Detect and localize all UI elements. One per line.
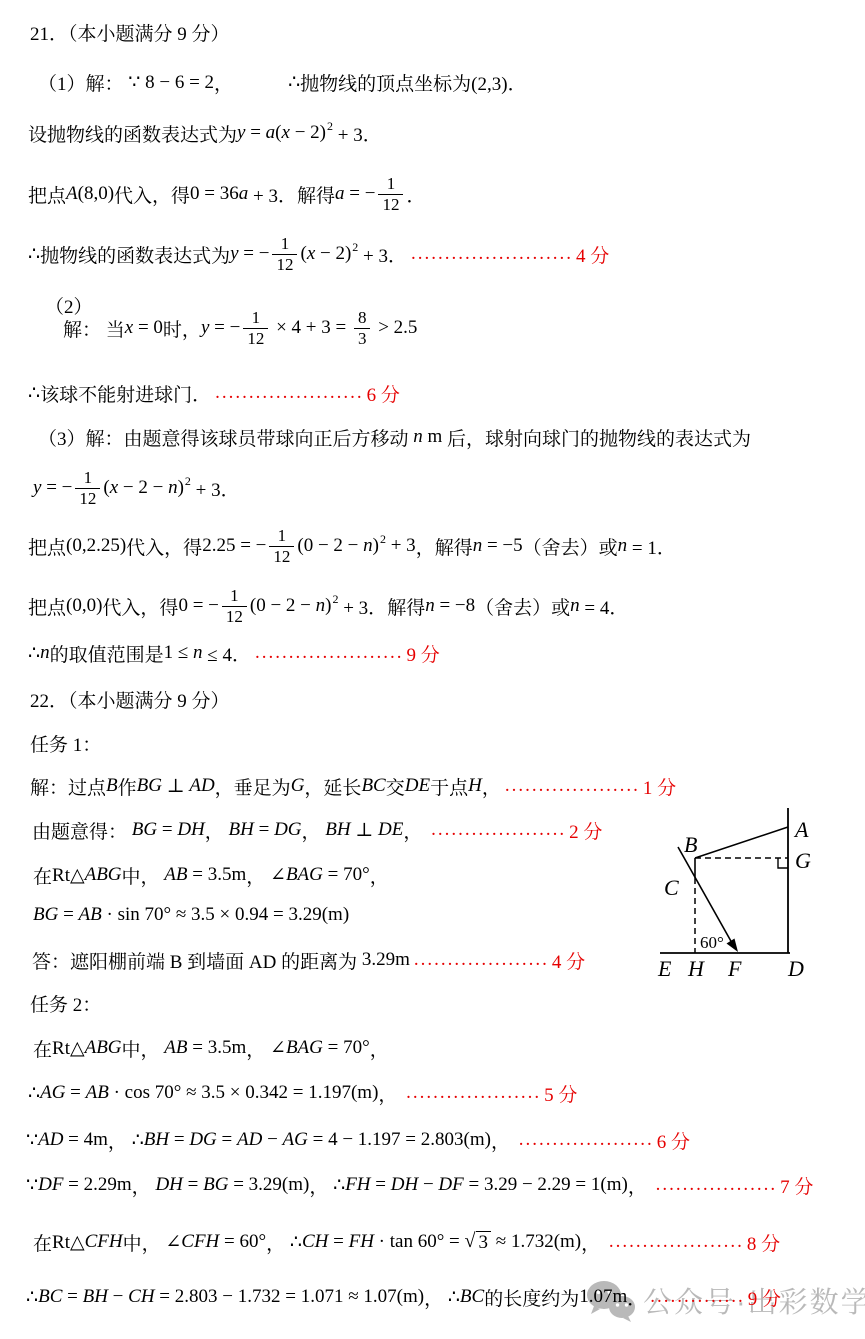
q21-substitute-a: 把点A(8,0)代入，得0 = 36a + 3．解得a = −112． xyxy=(28,170,425,218)
text-run: ， xyxy=(309,1172,333,1199)
sun-ray-line xyxy=(678,847,732,943)
fraction-denominator: 12 xyxy=(75,488,100,508)
dots-leader: .................... xyxy=(406,1082,541,1104)
text-run: 代入，得 xyxy=(102,593,178,620)
math-variable: BC xyxy=(460,1286,484,1308)
q22-task2-answer: ∴BC = BH − CH = 2.803 − 1.732 = 1.071 ≈ … xyxy=(26,1282,781,1312)
math-variable: B xyxy=(106,775,118,797)
math-text: = 1． xyxy=(627,533,676,560)
q22-header: 22．（本小题满分 9 分） xyxy=(30,684,230,714)
math-text: = 2.803 − 1.732 = 1.071 ≈ 1.07(m) xyxy=(155,1286,425,1308)
math-variable: DE xyxy=(378,819,403,841)
score-label: 2 分 xyxy=(569,817,602,844)
sun-ray-arrowhead xyxy=(727,939,739,953)
text-run: 中， xyxy=(122,862,165,889)
math-text: 3.29m xyxy=(362,949,410,971)
text-run: 由题意得： xyxy=(32,817,132,844)
math-text: = xyxy=(183,1174,203,1196)
text-run: 答：遮阳棚前端 B 到墙面 AD 的距离为 xyxy=(32,947,362,974)
text-run: 的长度约为 xyxy=(484,1284,579,1311)
text-run: 中， xyxy=(123,1229,166,1256)
math-text: ≈ 1.732(m) xyxy=(491,1231,581,1253)
math-text: ∵ xyxy=(26,1174,38,1197)
radicand: 3 xyxy=(476,1231,492,1254)
math-variable: DE xyxy=(405,775,430,797)
math-text: · cos 70° ≈ 3.5 × 0.342 = 1.197(m) xyxy=(109,1082,379,1104)
line-BA xyxy=(695,827,788,858)
math-text: = − xyxy=(239,243,270,265)
text-run: ， xyxy=(214,69,233,96)
q21-setup: 设抛物线的函数表达式为y = a(x − 2)2 + 3． xyxy=(28,118,382,148)
math-variable: DH xyxy=(155,1174,182,1196)
text-run: ， xyxy=(246,862,270,889)
math-variable: x xyxy=(110,477,118,499)
math-text: = 60° xyxy=(219,1231,266,1253)
math-text: − xyxy=(418,1174,438,1196)
score-label: 5 分 xyxy=(544,1080,577,1107)
text-run: ，解得 xyxy=(416,533,473,560)
q22-task2-ch: 在Rt△CFH中， ∠CFH = 60°， ∴CH = FH · tan 60°… xyxy=(33,1227,780,1257)
math-text: = 4m xyxy=(63,1129,108,1151)
math-variable: FH xyxy=(345,1174,370,1196)
text-run: （1）解： xyxy=(38,69,128,96)
fraction-numerator: 1 xyxy=(383,175,400,194)
fraction-numerator: 1 xyxy=(80,469,97,488)
math-variable: y xyxy=(230,243,238,265)
math-text: = xyxy=(245,122,265,144)
text-run: 交 xyxy=(386,773,405,800)
math-variable: BG xyxy=(203,1174,228,1196)
text-run: 抛物线的函数表达式为 xyxy=(40,241,230,268)
math-text: ∴ xyxy=(290,1231,302,1254)
q21-part1: （1）解： ∵ 8 − 6 = 2，∴抛物线的顶点坐标为(2,3)． xyxy=(38,67,527,97)
label-F: F xyxy=(727,956,742,981)
math-text: = 70° xyxy=(323,864,370,886)
text-run: 任务 1： xyxy=(30,730,101,757)
math-text: = xyxy=(65,1082,85,1104)
dots-leader: .................... xyxy=(414,949,549,971)
math-text: ∠ xyxy=(270,864,286,887)
math-variable: AG xyxy=(283,1129,308,1151)
math-variable: x xyxy=(282,122,290,144)
math-text: 0 = − xyxy=(178,595,218,617)
text-run: 解得 xyxy=(297,181,335,208)
superscript: 2 xyxy=(380,532,386,547)
math-variable: a xyxy=(335,183,345,205)
text-run: 代入，得 xyxy=(114,181,190,208)
q22-task2-fh: ∵DF = 2.29m， DH = BG = 3.29(m)， ∴FH = DH… xyxy=(26,1170,813,1200)
math-variable: x xyxy=(125,317,133,339)
q22-task1-answer: 答：遮阳棚前端 B 到墙面 AD 的距离为 3.29m.............… xyxy=(32,945,585,975)
text-run: 抛物线的顶点坐标为 xyxy=(300,69,471,96)
angle-label-60: 60° xyxy=(700,933,724,952)
math-text: = 4． xyxy=(580,593,629,620)
text-run: ，垂足为 xyxy=(215,773,291,800)
math-text: − 2 − xyxy=(118,477,168,499)
superscript: 2 xyxy=(332,592,338,607)
superscript: 2 xyxy=(352,240,358,255)
math-text: Rt△ xyxy=(52,1231,85,1254)
dots-leader: .................. xyxy=(656,1174,778,1196)
dots-leader: .................... xyxy=(609,1231,744,1253)
math-text: × 4 + 3 = xyxy=(271,317,351,339)
text-run: （舍去）或 xyxy=(523,533,618,560)
label-E: E xyxy=(657,956,672,981)
math-variable: n xyxy=(473,535,483,557)
q21-part3-intro: （3）解：由题意得该球员带球向正后方移动 n m 后，球射向球门的抛物线的表达式… xyxy=(38,422,751,452)
math-text: = −8 xyxy=(435,595,475,617)
math-variable: BAG xyxy=(286,1037,323,1059)
math-text: ∴ xyxy=(28,642,40,665)
math-text: · sin 70° ≈ 3.5 × 0.94 = 3.29(m) xyxy=(102,904,349,926)
dots-leader: .............. xyxy=(650,1286,745,1308)
text-run: 该球不能射进球门． xyxy=(40,380,211,407)
math-text: ∠ xyxy=(165,1231,181,1254)
math-variable: AG xyxy=(40,1082,65,1104)
fraction-denominator: 12 xyxy=(222,606,247,626)
text-run: 设抛物线的函数表达式为 xyxy=(28,120,237,147)
math-text: = 3.29(m) xyxy=(228,1174,309,1196)
geometry-diagram: A G B C E H F D 60° xyxy=(650,800,865,990)
math-text: ) xyxy=(373,535,379,557)
text-run: ， xyxy=(370,862,389,889)
text-run: ， xyxy=(628,1172,652,1199)
q22-task2-label: 任务 2： xyxy=(30,988,101,1018)
fraction: 112 xyxy=(269,527,294,566)
text-run: 代入，得 xyxy=(126,533,202,560)
math-text: ∴ xyxy=(288,71,300,94)
text-run: ， xyxy=(132,1172,156,1199)
math-variable: H xyxy=(468,775,482,797)
math-variable: y xyxy=(33,477,41,499)
math-variable: n xyxy=(413,426,423,448)
label-C: C xyxy=(664,875,679,900)
math-text: 1 ≤ xyxy=(164,642,193,664)
text-run: 在 xyxy=(33,1035,52,1062)
fraction: 112 xyxy=(243,309,268,348)
math-text: = xyxy=(217,1129,237,1151)
math-text: = 3.5m xyxy=(188,1037,247,1059)
math-text: 0 = 36 xyxy=(190,183,239,205)
math-variable: A xyxy=(66,183,78,205)
math-variable: BH xyxy=(229,819,254,841)
text-run: ， xyxy=(205,817,229,844)
fraction-denominator: 12 xyxy=(243,328,268,348)
text-run: 解得 xyxy=(387,593,425,620)
math-variable: AB xyxy=(164,864,187,886)
math-text: ∠ xyxy=(270,1037,286,1060)
score-label: 6 分 xyxy=(367,380,400,407)
math-text: (0 − 2 − xyxy=(297,535,363,557)
fraction-numerator: 8 xyxy=(354,309,371,328)
math-text: (2,3)． xyxy=(471,69,526,96)
math-variable: CFH xyxy=(85,1231,123,1253)
superscript: 2 xyxy=(327,119,333,134)
q22-task1-triangle: 在Rt△ABG中， AB = 3.5m， ∠BAG = 70°， xyxy=(33,860,389,890)
text-run: 21．（本小题满分 9 分） xyxy=(30,19,230,46)
math-variable: n xyxy=(618,535,628,557)
math-variable: ABG xyxy=(85,1037,122,1059)
q21-part3-answer: ∴n的取值范围是1 ≤ n ≤ 4．......................… xyxy=(28,638,440,668)
text-run: ， xyxy=(491,1127,515,1154)
text-run: ， xyxy=(378,1080,402,1107)
text-run: （3）解：由题意得该球员带球向正后方移动 xyxy=(38,424,413,451)
math-text: + 3． xyxy=(248,181,297,208)
fraction: 83 xyxy=(354,309,371,348)
math-text: = xyxy=(328,1231,348,1253)
fraction-denominator: 12 xyxy=(272,254,297,274)
math-text: = 3.29 − 2.29 = 1(m) xyxy=(464,1174,628,1196)
text-run: 后，球射向球门的抛物线的表达式为 xyxy=(447,424,751,451)
label-H: H xyxy=(687,956,705,981)
math-text: ∴ xyxy=(333,1174,345,1197)
math-text: 1.07m xyxy=(579,1286,627,1308)
fraction: 112 xyxy=(75,469,100,508)
math-text: = xyxy=(254,819,274,841)
math-variable: BC xyxy=(361,775,385,797)
math-variable: BG xyxy=(132,819,157,841)
label-A: A xyxy=(793,817,809,842)
q21-part2-solve: 解： 当x = 0时，y = −112 × 4 + 3 = 83 > 2.5 xyxy=(63,304,417,352)
math-text: = − xyxy=(41,477,72,499)
math-text: m xyxy=(423,426,447,448)
q22-task1-label: 任务 1： xyxy=(30,728,101,758)
math-variable: DG xyxy=(189,1129,216,1151)
text-run: 作 xyxy=(118,773,137,800)
text-run: 解：过点 xyxy=(30,773,106,800)
math-text: = − xyxy=(209,317,240,339)
text-run: 任务 2： xyxy=(30,990,101,1017)
math-variable: y xyxy=(201,317,209,339)
label-G: G xyxy=(795,848,811,873)
math-variable: AB xyxy=(86,1082,109,1104)
math-text: = 70° xyxy=(323,1037,370,1059)
math-variable: DF xyxy=(438,1174,463,1196)
math-text: ⊥ xyxy=(162,775,189,798)
math-text: 2.25 = − xyxy=(202,535,266,557)
math-variable: BG xyxy=(33,904,58,926)
math-text: ∴ xyxy=(28,243,40,266)
math-text: = xyxy=(169,1129,189,1151)
fraction-numerator: 1 xyxy=(274,527,291,546)
q21-part3-sub1: 把点(0,2.25)代入，得2.25 = −112(0 − 2 − n)2 + … xyxy=(28,522,676,570)
text-run: （舍去）或 xyxy=(475,593,570,620)
math-variable: FH xyxy=(349,1231,374,1253)
math-text: = −5 xyxy=(482,535,522,557)
answer-sheet-page: 21．（本小题满分 9 分）（1）解： ∵ 8 − 6 = 2，∴抛物线的顶点坐… xyxy=(0,0,865,1339)
score-label: 7 分 xyxy=(780,1172,813,1199)
math-variable: BAG xyxy=(286,864,323,886)
math-text: > 2.5 xyxy=(373,317,417,339)
score-label: 1 分 xyxy=(643,773,676,800)
math-variable: a xyxy=(266,122,276,144)
math-text: = xyxy=(371,1174,391,1196)
dots-leader: ...................... xyxy=(255,642,404,664)
math-text: ) xyxy=(325,595,331,617)
math-variable: AB xyxy=(164,1037,187,1059)
math-variable: x xyxy=(307,243,315,265)
math-text: ⊥ xyxy=(351,819,378,842)
text-run: ，延长 xyxy=(304,773,361,800)
math-variable: DF xyxy=(38,1174,63,1196)
math-variable: AD xyxy=(38,1129,63,1151)
math-text: = 3.5m xyxy=(188,864,247,886)
math-variable: n xyxy=(570,595,580,617)
text-run: 于点 xyxy=(430,773,468,800)
math-variable: DH xyxy=(391,1174,418,1196)
math-variable: ABG xyxy=(85,864,122,886)
math-variable: BC xyxy=(38,1286,62,1308)
math-text: (0 − 2 − xyxy=(250,595,316,617)
math-text: + 3． xyxy=(338,593,387,620)
text-run: 把点 xyxy=(28,181,66,208)
math-text: ) xyxy=(178,477,184,499)
math-variable: n xyxy=(193,642,203,664)
q22-task2-ag: ∴AG = AB · cos 70° ≈ 3.5 × 0.342 = 1.197… xyxy=(28,1078,577,1108)
text-run: ， xyxy=(424,1284,448,1311)
math-text: = 4 − 1.197 = 2.803(m) xyxy=(308,1129,491,1151)
math-text: ∴ xyxy=(28,382,40,405)
text-run: ， xyxy=(370,1035,389,1062)
math-variable: CH xyxy=(302,1231,328,1253)
dots-leader: .................... xyxy=(519,1129,654,1151)
math-text: + 3 xyxy=(386,535,416,557)
q21-expression: ∴抛物线的函数表达式为y = −112(x − 2)2 + 3．........… xyxy=(28,230,609,278)
radical-sign: √ xyxy=(465,1231,476,1251)
text-run: ， xyxy=(108,1127,132,1154)
math-text: = xyxy=(157,819,177,841)
math-text: + 3． xyxy=(333,120,382,147)
dots-leader: .................... xyxy=(505,775,640,797)
math-text: = − xyxy=(345,183,376,205)
math-text: (0,0) xyxy=(66,595,102,617)
math-variable: a xyxy=(239,183,249,205)
math-text: = xyxy=(62,1286,82,1308)
math-text: = 2.29m xyxy=(63,1174,131,1196)
math-text: + 3． xyxy=(358,241,407,268)
math-variable: n xyxy=(316,595,326,617)
text-run: 在 xyxy=(33,862,52,889)
math-text: (0,2.25) xyxy=(66,535,126,557)
q21-part2-answer: ∴该球不能射进球门．......................6 分 xyxy=(28,378,400,408)
text-run: ， xyxy=(581,1229,605,1256)
math-variable: BH xyxy=(325,819,350,841)
math-text: (8,0) xyxy=(78,183,114,205)
math-variable: AD xyxy=(189,775,214,797)
math-text: · tan 60° = xyxy=(374,1231,465,1253)
square-root: √3 xyxy=(465,1231,491,1254)
math-variable: n xyxy=(363,535,373,557)
q21-part3-expression: y = −112(x − 2 − n)2 + 3． xyxy=(33,464,240,512)
dots-leader: ...................... xyxy=(215,382,364,404)
math-variable: G xyxy=(291,775,305,797)
score-label: 4 分 xyxy=(552,947,585,974)
right-angle-mark-G xyxy=(778,858,788,868)
math-text: Rt△ xyxy=(52,1037,85,1060)
text-run: 把点 xyxy=(28,533,66,560)
text-run: 的取值范围是 xyxy=(50,640,164,667)
q22-task2-bh: ∵AD = 4m， ∴BH = DG = AD − AG = 4 − 1.197… xyxy=(26,1125,690,1155)
math-variable: DH xyxy=(177,819,204,841)
text-run: ， xyxy=(403,817,427,844)
q21-part3-sub2: 把点(0,0)代入，得0 = −112(0 − 2 − n)2 + 3．解得n … xyxy=(28,582,628,630)
math-variable: y xyxy=(237,122,245,144)
q22-task1-construction: 解：过点B作BG ⊥ AD，垂足为G，延长BC交DE于点H，..........… xyxy=(30,771,676,801)
math-variable: n xyxy=(40,642,50,664)
math-text: ∴ xyxy=(448,1286,460,1309)
math-text: = xyxy=(58,904,78,926)
math-text: = 0 xyxy=(133,317,163,339)
text-run: ． xyxy=(627,1284,646,1311)
math-text: − 2) xyxy=(315,243,351,265)
math-text: ∴ xyxy=(28,1082,40,1105)
text-run: ， xyxy=(302,817,326,844)
math-variable: BH xyxy=(83,1286,108,1308)
math-text: + 3． xyxy=(191,475,240,502)
math-variable: CFH xyxy=(181,1231,219,1253)
math-text: − xyxy=(262,1129,282,1151)
fraction: 112 xyxy=(378,175,403,214)
q22-task1-given: 由题意得： BG = DH， BH = DG， BH ⊥ DE， .......… xyxy=(32,815,602,845)
math-text: − xyxy=(108,1286,128,1308)
fraction-numerator: 1 xyxy=(226,587,243,606)
dots-leader: .................... xyxy=(431,819,566,841)
math-variable: CH xyxy=(128,1286,154,1308)
fraction-denominator: 3 xyxy=(354,328,371,348)
label-B: B xyxy=(684,832,697,857)
text-run: 中， xyxy=(122,1035,165,1062)
q21-header: 21．（本小题满分 9 分） xyxy=(30,17,230,47)
math-variable: BH xyxy=(144,1129,169,1151)
math-variable: n xyxy=(425,595,435,617)
superscript: 2 xyxy=(185,474,191,489)
score-label: 6 分 xyxy=(657,1127,690,1154)
text-run: 解： 当 xyxy=(63,315,125,342)
fraction-denominator: 12 xyxy=(269,546,294,566)
fraction-denominator: 12 xyxy=(378,194,403,214)
math-variable: n xyxy=(168,477,178,499)
math-variable: DG xyxy=(274,819,301,841)
text-run: 22．（本小题满分 9 分） xyxy=(30,686,230,713)
fraction: 112 xyxy=(222,587,247,626)
math-text: ∴ xyxy=(132,1129,144,1152)
fraction: 112 xyxy=(272,235,297,274)
score-label: 4 分 xyxy=(576,241,609,268)
text-run: 在 xyxy=(33,1229,52,1256)
math-variable: AB xyxy=(79,904,102,926)
text-run: ， xyxy=(482,773,501,800)
score-label: 9 分 xyxy=(406,640,439,667)
fraction-numerator: 1 xyxy=(248,309,265,328)
math-text: − 2) xyxy=(290,122,326,144)
dots-leader: ........................ xyxy=(411,243,573,265)
q22-task2-triangle: 在Rt△ABG中， AB = 3.5m， ∠BAG = 70°， xyxy=(33,1033,389,1063)
score-label: 9 分 xyxy=(748,1284,781,1311)
spacer xyxy=(233,82,288,83)
math-variable: AD xyxy=(237,1129,262,1151)
math-variable: BG xyxy=(137,775,162,797)
fraction-numerator: 1 xyxy=(277,235,294,254)
math-text: ∵ xyxy=(26,1129,38,1152)
label-D: D xyxy=(787,956,804,981)
text-run: ， xyxy=(246,1035,270,1062)
q22-task1-calc: BG = AB · sin 70° ≈ 3.5 × 0.94 = 3.29(m) xyxy=(33,900,349,930)
math-text: ． xyxy=(406,181,425,208)
score-label: 8 分 xyxy=(747,1229,780,1256)
math-text: ∴ xyxy=(26,1286,38,1309)
math-text: ≤ 4． xyxy=(203,640,251,667)
text-run: ， xyxy=(266,1229,290,1256)
